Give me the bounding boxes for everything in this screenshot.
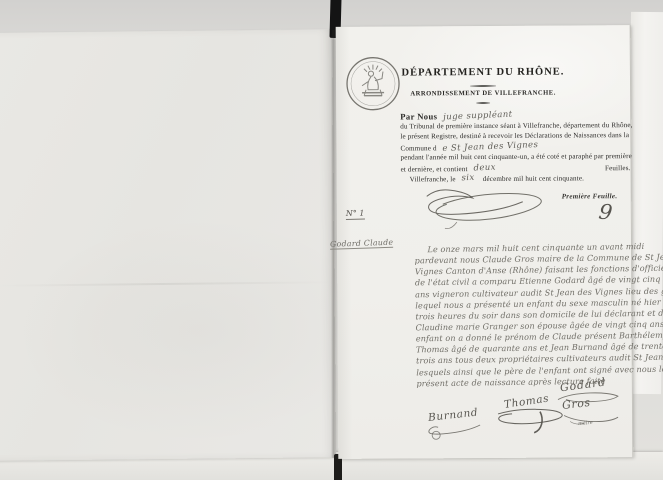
handwritten-paraph-mark: 9 — [597, 199, 613, 225]
scanned-register-photo: DÉPARTEMENT DU RHÔNE. ARRONDISSEMENT DE … — [0, 0, 663, 480]
margin-name-note: Godard Claude — [330, 238, 394, 250]
official-stamp-seal-icon — [344, 55, 402, 113]
page-crease — [0, 281, 334, 287]
spacer — [496, 170, 605, 171]
left-blank-page — [0, 29, 336, 461]
contient-label: et dernière, et contient — [401, 165, 468, 173]
commune-label: Commune d — [400, 144, 436, 152]
handwritten-birth-act: Le onze mars mil huit cent cinquante un … — [414, 241, 634, 389]
premiere-feuille-label: Première Feuille. — [562, 192, 618, 200]
page-subtitle: ARRONDISSEMENT DE VILLEFRANCHE. — [336, 89, 630, 98]
act-number: N° 1 — [346, 209, 365, 220]
judge-signature-flourish-icon — [413, 182, 549, 235]
printed-preamble: Par Nous juge suppléant du Tribunal de p… — [400, 110, 630, 185]
burnand-paraph-icon — [424, 421, 484, 443]
thomas-paraph-icon — [488, 405, 568, 435]
title-rule — [470, 85, 496, 87]
subtitle-rule — [476, 102, 490, 104]
register-page: DÉPARTEMENT DU RHÔNE. ARRONDISSEMENT DE … — [336, 25, 634, 459]
handwritten-feuilles-count: deux — [473, 162, 496, 173]
feuilles-label: Feuilles. — [605, 164, 631, 172]
par-nous-label: Par Nous — [400, 111, 437, 121]
page-title: DÉPARTEMENT DU RHÔNE. — [336, 66, 630, 79]
gros-paraph-icon — [560, 409, 622, 427]
